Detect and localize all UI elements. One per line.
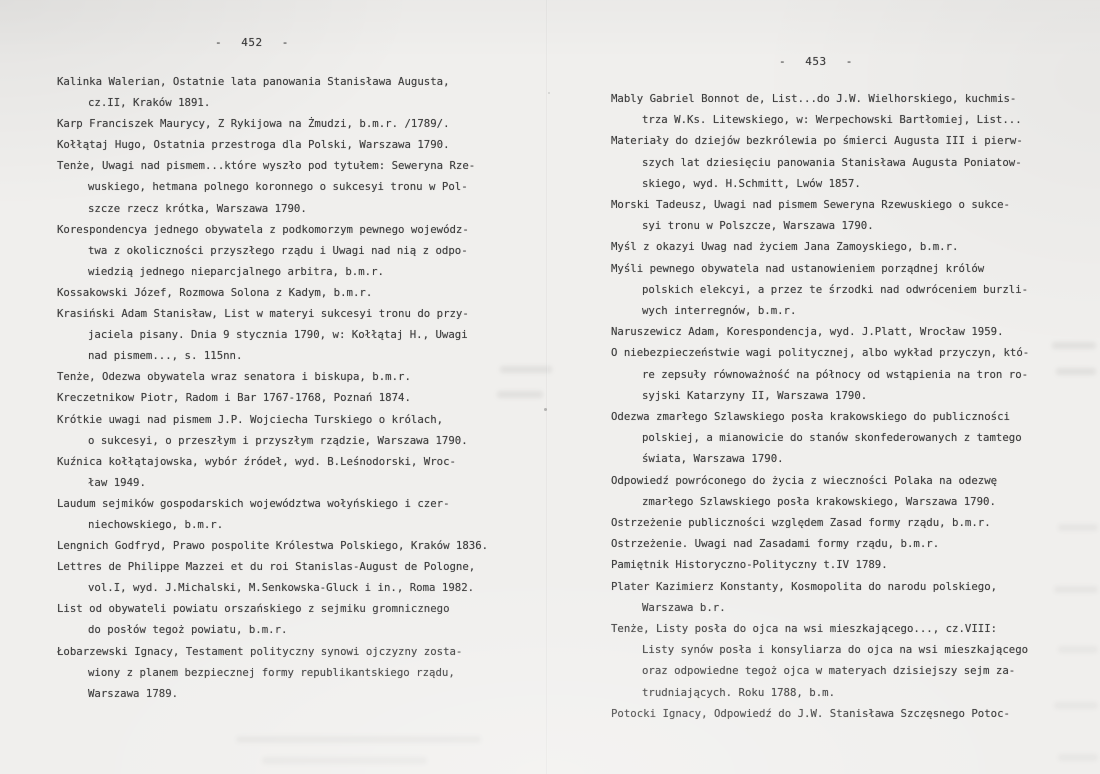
bibliography-line: Łobarzewski Ignacy, Testament polityczny…	[57, 641, 488, 662]
bibliography-line: polskiej, a mianowicie do stanów skonfed…	[611, 427, 1029, 448]
bibliography-line: wiedzią jednego nieparcjalnego arbitra, …	[57, 261, 488, 282]
bibliography-line: Kołłątaj Hugo, Ostatnia przestroga dla P…	[57, 134, 488, 155]
bibliography-line: skiego, wyd. H.Schmitt, Lwów 1857.	[611, 173, 1029, 194]
bibliography-line: trza W.Ks. Litewskiego, w: Werpechowski …	[611, 109, 1029, 130]
bibliography-line: szych lat dziesięciu panowania Stanisław…	[611, 152, 1029, 173]
page-number-left: - 452 -	[215, 36, 289, 49]
bibliography-line: Morski Tadeusz, Uwagi nad pismem Seweryn…	[611, 194, 1029, 215]
bibliography-line: Plater Kazimierz Konstanty, Kosmopolita …	[611, 576, 1029, 597]
bibliography-line: o sukcesyi, o przeszłym i przyszłym rząd…	[57, 430, 488, 451]
bibliography-line: List od obywateli powiatu orszańskiego z…	[57, 598, 488, 619]
bibliography-line: Odpowiedź powróconego do życia z wieczno…	[611, 470, 1029, 491]
bleed-through-mark	[497, 391, 543, 398]
bibliography-line: ław 1949.	[57, 472, 488, 493]
bibliography-line: Materiały do dziejów bezkrólewia po śmie…	[611, 130, 1029, 151]
bibliography-line: syi tronu w Polszcze, Warszawa 1790.	[611, 215, 1029, 236]
bibliography-line: Kossakowski Józef, Rozmowa Solona z Kady…	[57, 282, 488, 303]
bibliography-line: Warszawa b.r.	[611, 597, 1029, 618]
scan-speck	[544, 408, 547, 411]
bibliography-line: Lettres de Philippe Mazzei et du roi Sta…	[57, 556, 488, 577]
bibliography-line: trudniających. Roku 1788, b.m.	[611, 682, 1029, 703]
bibliography-line: wych interregnów, b.m.r.	[611, 300, 1029, 321]
bleed-through-mark	[236, 736, 481, 743]
bibliography-line: Krasiński Adam Stanisław, List w materyi…	[57, 303, 488, 324]
bibliography-line: Potocki Ignacy, Odpowiedź do J.W. Stanis…	[611, 703, 1029, 724]
bibliography-line: świata, Warszawa 1790.	[611, 448, 1029, 469]
bibliography-line: twa z okoliczności przyszłego rządu i Uw…	[57, 240, 488, 261]
page-number-right: - 453 -	[779, 55, 853, 68]
bleed-through-mark	[1054, 586, 1098, 593]
bibliography-line: Myśli pewnego obywatela nad ustanowienie…	[611, 258, 1029, 279]
bibliography-line: Kalinka Walerian, Ostatnie lata panowani…	[57, 71, 488, 92]
bibliography-line: Ostrzeżenie publiczności względem Zasad …	[611, 512, 1029, 533]
bibliography-line: cz.II, Kraków 1891.	[57, 92, 488, 113]
bibliography-line: szcze rzecz krótka, Warszawa 1790.	[57, 198, 488, 219]
bibliography-line: Myśl z okazyi Uwag nad życiem Jana Zamoy…	[611, 236, 1029, 257]
bibliography-line: Pamiętnik Historyczno-Polityczny t.IV 17…	[611, 554, 1029, 575]
bibliography-line: Lengnich Godfryd, Prawo pospolite Króles…	[57, 535, 488, 556]
bibliography-line: Kreczetnikow Piotr, Radom i Bar 1767-176…	[57, 387, 488, 408]
bibliography-line: zmarłego Szlawskiego posła krakowskiego,…	[611, 491, 1029, 512]
bibliography-list-left: Kalinka Walerian, Ostatnie lata panowani…	[57, 71, 488, 704]
bibliography-line: Kuźnica kołłątajowska, wybór źródeł, wyd…	[57, 451, 488, 472]
bibliography-line: Krótkie uwagi nad pismem J.P. Wojciecha …	[57, 409, 488, 430]
bleed-through-mark	[1052, 342, 1096, 349]
page-fold-crease	[546, 0, 548, 774]
bibliography-line: jaciela pisany. Dnia 9 stycznia 1790, w:…	[57, 324, 488, 345]
bibliography-line: vol.I, wyd. J.Michalski, M.Senkowska-Glu…	[57, 577, 488, 598]
bibliography-list-right: Mably Gabriel Bonnot de, List...do J.W. …	[611, 88, 1029, 724]
scan-speck	[548, 92, 550, 94]
bibliography-line: Naruszewicz Adam, Korespondencja, wyd. J…	[611, 321, 1029, 342]
bibliography-line: oraz odpowiedne tegoż ojca w materyach d…	[611, 660, 1029, 681]
bleed-through-mark	[1058, 646, 1098, 653]
bibliography-line: do posłów tegoż powiatu, b.m.r.	[57, 619, 488, 640]
bibliography-line: re zepsuły równoważność na północy od ws…	[611, 364, 1029, 385]
bleed-through-mark	[1058, 524, 1098, 531]
bibliography-line: Tenże, Uwagi nad pismem...które wyszło p…	[57, 155, 488, 176]
bibliography-line: Laudum sejmików gospodarskich województw…	[57, 493, 488, 514]
bibliography-line: Tenże, Listy posła do ojca na wsi mieszk…	[611, 618, 1029, 639]
bibliography-line: Listy synów posła i konsyliarza do ojca …	[611, 639, 1029, 660]
bibliography-line: polskich elekcyi, a przez te śrzodki nad…	[611, 279, 1029, 300]
bibliography-line: Odezwa zmarłego Szlawskiego posła krakow…	[611, 406, 1029, 427]
bibliography-line: Karp Franciszek Maurycy, Z Rykijowa na Ż…	[57, 113, 488, 134]
book-spread-scan: - 452 - Kalinka Walerian, Ostatnie lata …	[0, 0, 1100, 774]
bleed-through-mark	[500, 366, 552, 373]
bibliography-line: wiony z planem bezpiecznej formy republi…	[57, 662, 488, 683]
bibliography-line: wuskiego, hetmana polnego koronnego o su…	[57, 176, 488, 197]
bleed-through-mark	[1054, 702, 1098, 709]
bibliography-line: niechowskiego, b.m.r.	[57, 514, 488, 535]
bibliography-line: Ostrzeżenie. Uwagi nad Zasadami formy rz…	[611, 533, 1029, 554]
bleed-through-mark	[262, 757, 427, 764]
bleed-through-mark	[1056, 368, 1096, 375]
bibliography-line: O niebezpieczeństwie wagi politycznej, a…	[611, 342, 1029, 363]
bleed-through-mark	[1058, 754, 1098, 761]
bibliography-line: Tenże, Odezwa obywatela wraz senatora i …	[57, 366, 488, 387]
bibliography-line: Warszawa 1789.	[57, 683, 488, 704]
bibliography-line: Mably Gabriel Bonnot de, List...do J.W. …	[611, 88, 1029, 109]
bibliography-line: Korespondencya jednego obywatela z podko…	[57, 219, 488, 240]
bibliography-line: syjski Katarzyny II, Warszawa 1790.	[611, 385, 1029, 406]
bibliography-line: nad pismem..., s. 115nn.	[57, 345, 488, 366]
